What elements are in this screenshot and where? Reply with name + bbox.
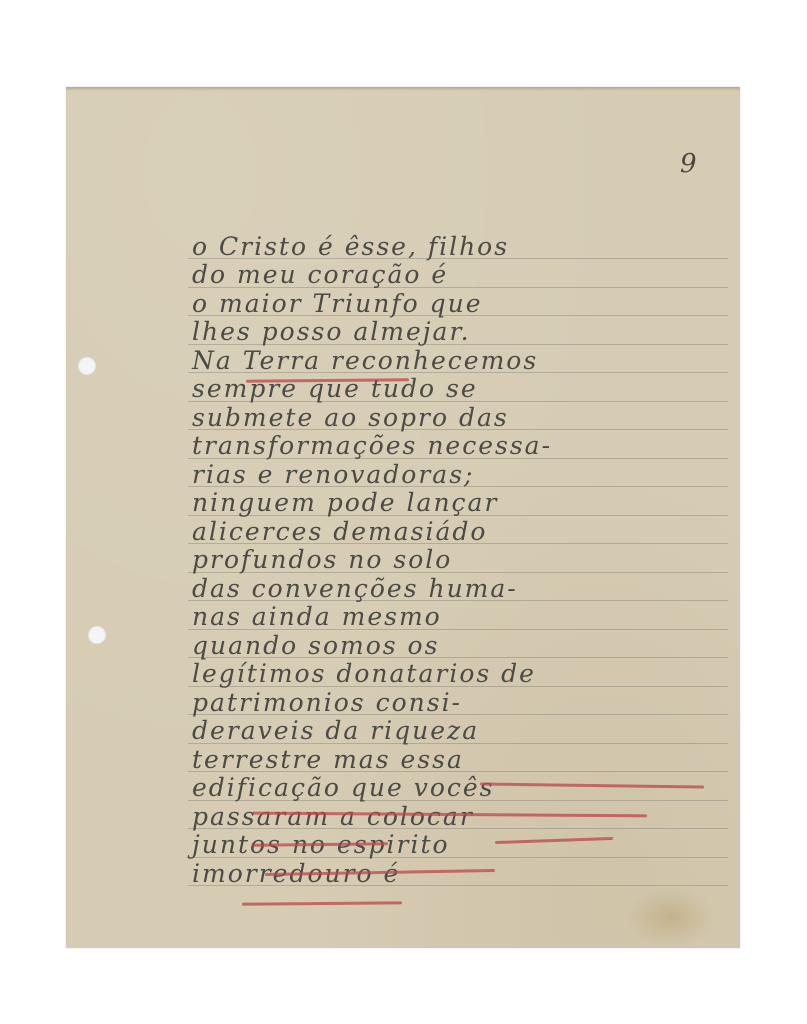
paper-stain bbox=[626, 887, 716, 947]
page-number: 9 bbox=[680, 149, 697, 179]
text-line: transformações necessa- bbox=[192, 432, 732, 460]
text-line: do meu coração é bbox=[192, 261, 732, 289]
punch-hole-top bbox=[78, 357, 96, 375]
text-line: rias e renovadoras; bbox=[192, 461, 732, 489]
text-line: alicerces demasiádo bbox=[192, 518, 732, 546]
manuscript-page: 9 o Cristo é êsse, filhos do meu coração… bbox=[66, 87, 740, 948]
text-line: das convenções huma- bbox=[192, 575, 732, 603]
text-line: lhes posso almejar. bbox=[192, 318, 732, 346]
text-line: nas ainda mesmo bbox=[192, 603, 732, 631]
text-line: patrimonios consi- bbox=[192, 689, 732, 717]
paper-edge-shadow bbox=[66, 87, 740, 91]
text-line: submete ao sopro das bbox=[192, 404, 732, 432]
red-underline-imorredouro bbox=[242, 901, 402, 905]
punch-hole-bottom bbox=[88, 626, 106, 644]
text-line: deraveis da riqueza bbox=[192, 717, 732, 745]
text-line: quando somos os bbox=[192, 632, 732, 660]
text-line: o maior Triunfo que bbox=[192, 290, 732, 318]
text-line: edificação que vocês bbox=[192, 774, 732, 802]
text-line: legítimos donatarios de bbox=[192, 660, 732, 688]
text-line: passaram a colocar bbox=[192, 803, 732, 831]
text-line: Na Terra reconhecemos bbox=[192, 347, 732, 375]
text-line: terrestre mas essa bbox=[192, 746, 732, 774]
text-line: ninguem pode lançar bbox=[192, 489, 732, 517]
text-line: profundos no solo bbox=[192, 546, 732, 574]
text-line: o Cristo é êsse, filhos bbox=[192, 233, 732, 261]
